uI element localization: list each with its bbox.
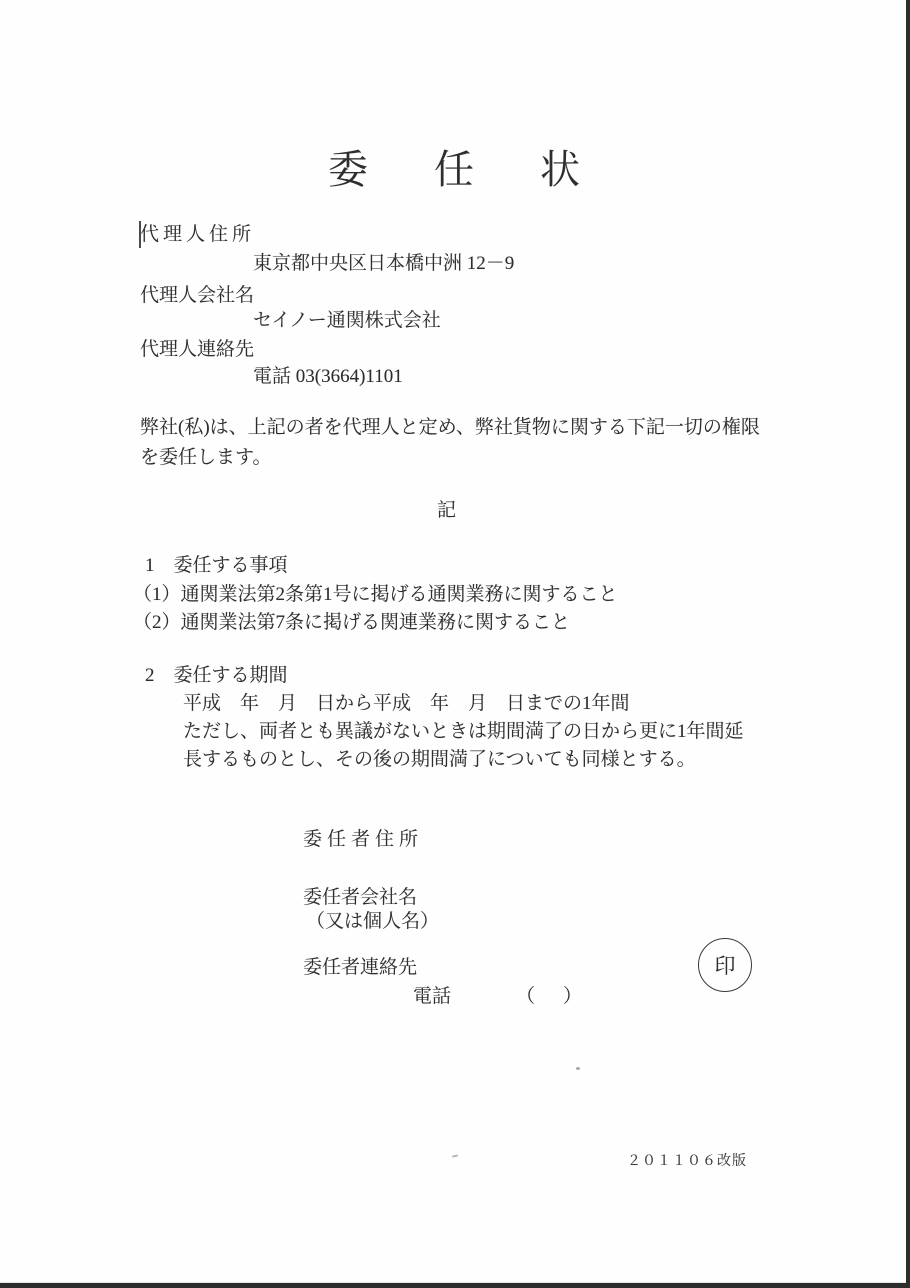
seal-stamp-circle: 印 xyxy=(698,938,752,992)
scan-edge-right xyxy=(906,0,910,1288)
items-section-item1: （1）通関業法第2条第1号に掲げる通関業務に関すること xyxy=(133,584,618,607)
scanned-power-of-attorney-document: 委任状 代理人住所 東京都中央区日本橋中洲 12－9 代理人会社名 セイノー通関… xyxy=(0,0,910,1288)
record-marker: 記 xyxy=(437,500,456,523)
principal-phone-paren-open: （ xyxy=(516,986,535,1009)
body-paragraph-line2: を委任します。 xyxy=(140,447,271,470)
period-section-line1: 平成 年 月 日から平成 年 月 日までの1年間 xyxy=(183,693,630,716)
principal-phone-paren-close: ） xyxy=(563,986,582,1009)
principal-company-label: 委任者会社名 xyxy=(303,887,417,910)
seal-mark-label: 印 xyxy=(715,950,736,980)
principal-address-label: 委任者住所 xyxy=(303,829,423,852)
period-section-line2: ただし、両者とも異議がないときは期間満了の日から更に1年間延 xyxy=(183,721,744,744)
document-title: 委任状 xyxy=(328,146,646,194)
items-section-item2: （2）通関業法第7条に掲げる関連業務に関すること xyxy=(133,612,570,635)
principal-contact-label: 委任者連絡先 xyxy=(303,957,417,980)
period-section-heading: 2 委任する期間 xyxy=(145,665,288,688)
agent-company-label: 代理人会社名 xyxy=(140,285,254,308)
agent-contact-label: 代理人連絡先 xyxy=(140,339,254,362)
revision-note: ２０１１０６改版 xyxy=(627,1154,747,1171)
agent-address-value: 東京都中央区日本橋中洲 12－9 xyxy=(253,253,514,276)
items-section-heading: 1 委任する事項 xyxy=(145,555,288,578)
principal-company-sub-label: （又は個人名） xyxy=(306,911,439,934)
agent-address-label: 代理人住所 xyxy=(140,224,255,247)
period-section-line3: 長するものとし、その後の期間満了についても同様とする。 xyxy=(183,749,696,772)
principal-phone-label: 電話 xyxy=(413,986,451,1009)
agent-contact-value: 電話 03(3664)1101 xyxy=(253,366,403,389)
scan-artifact-speck xyxy=(576,1067,580,1070)
scan-artifact-speck xyxy=(452,1154,458,1157)
scan-artifact-tick xyxy=(139,221,141,248)
agent-company-value: セイノー通関株式会社 xyxy=(253,310,441,333)
scan-edge-bottom xyxy=(0,1283,910,1288)
body-paragraph-line1: 弊社(私)は、上記の者を代理人と定め、弊社貨物に関する下記一切の権限 xyxy=(140,417,760,440)
